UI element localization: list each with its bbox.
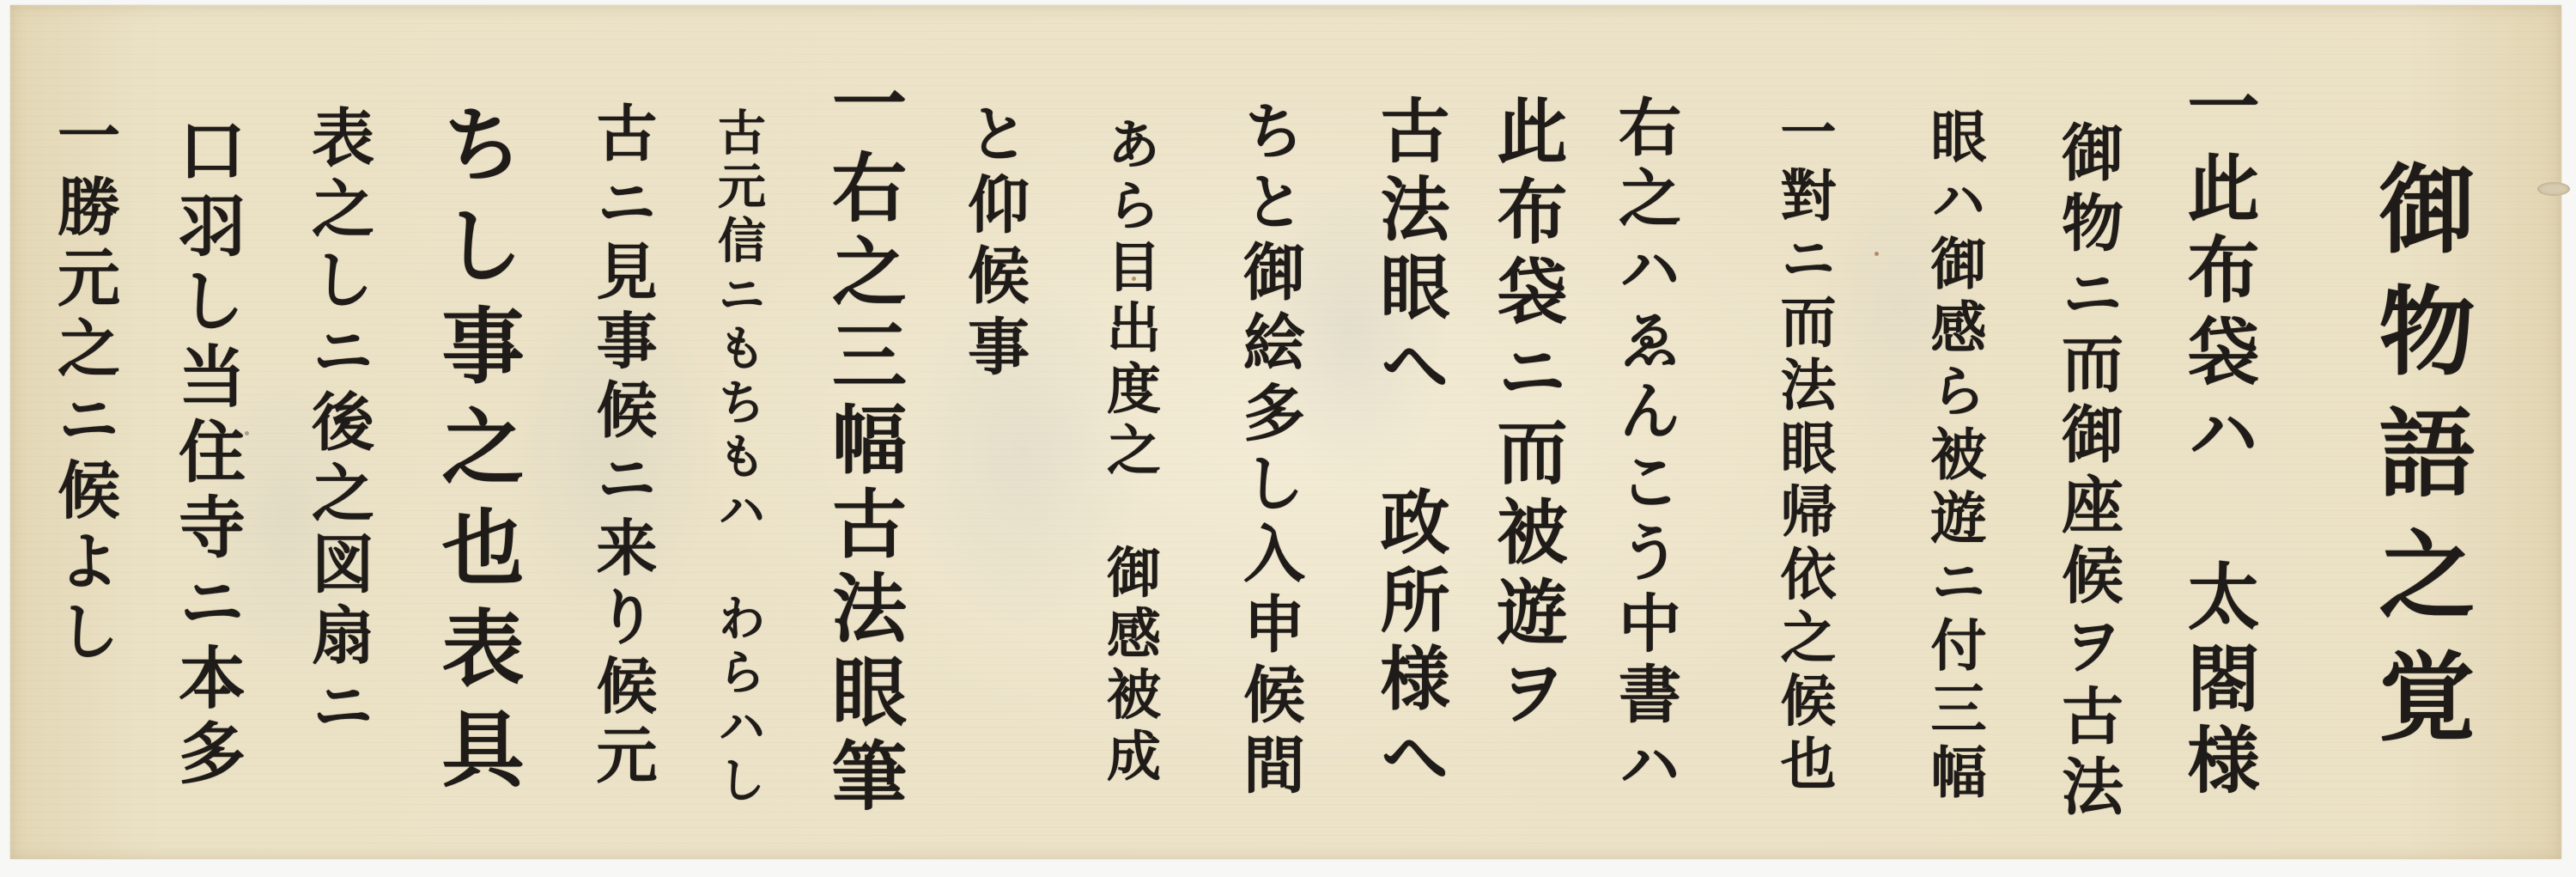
text-column-3: 眼ハ御感ら被遊ニ付三幅 (1898, 107, 2009, 799)
text-column-6: 此布袋ニ而被遊ヲ (1471, 94, 1583, 726)
text-column-4: 一對ニ而法眼帰依之候也 (1747, 103, 1859, 790)
text-column-9: あら目出度之 御感被成 (1074, 116, 1186, 782)
text-column-15: 表之しニ後之図扇ニ (282, 105, 393, 736)
text-column-12: 古元信ニもちもハ わらハし (683, 107, 794, 803)
text-column-2: 御物ニ而御座候ヲ古法 (2032, 120, 2143, 816)
text-column-13: 古ニ見事候ニ来り候元 (567, 101, 678, 784)
text-column-11: 一右之三幅古法眼筆 (807, 64, 919, 812)
paper-stain-speck (1874, 252, 1879, 256)
text-column-17: 一勝元之ニ候よし (27, 103, 139, 661)
document-title: 御物語之覚 (2359, 159, 2479, 743)
text-column-8: ちと御絵多し入申候間 (1213, 99, 1325, 795)
paper-fiber-knot (2537, 182, 2570, 196)
text-column-7: 古法眼へ 政所様へ (1353, 94, 1465, 790)
text-column-5: 右之ハゑんこう中書ハ (1589, 94, 1700, 795)
text-column-1: 一此布袋ハ 太閤様 (2162, 69, 2274, 795)
text-column-16: 口羽し当住寺ニ本多 (150, 115, 262, 785)
text-column-10: と仰候事 (938, 101, 1049, 376)
text-column-14: ちし事之也表具 (421, 101, 532, 789)
